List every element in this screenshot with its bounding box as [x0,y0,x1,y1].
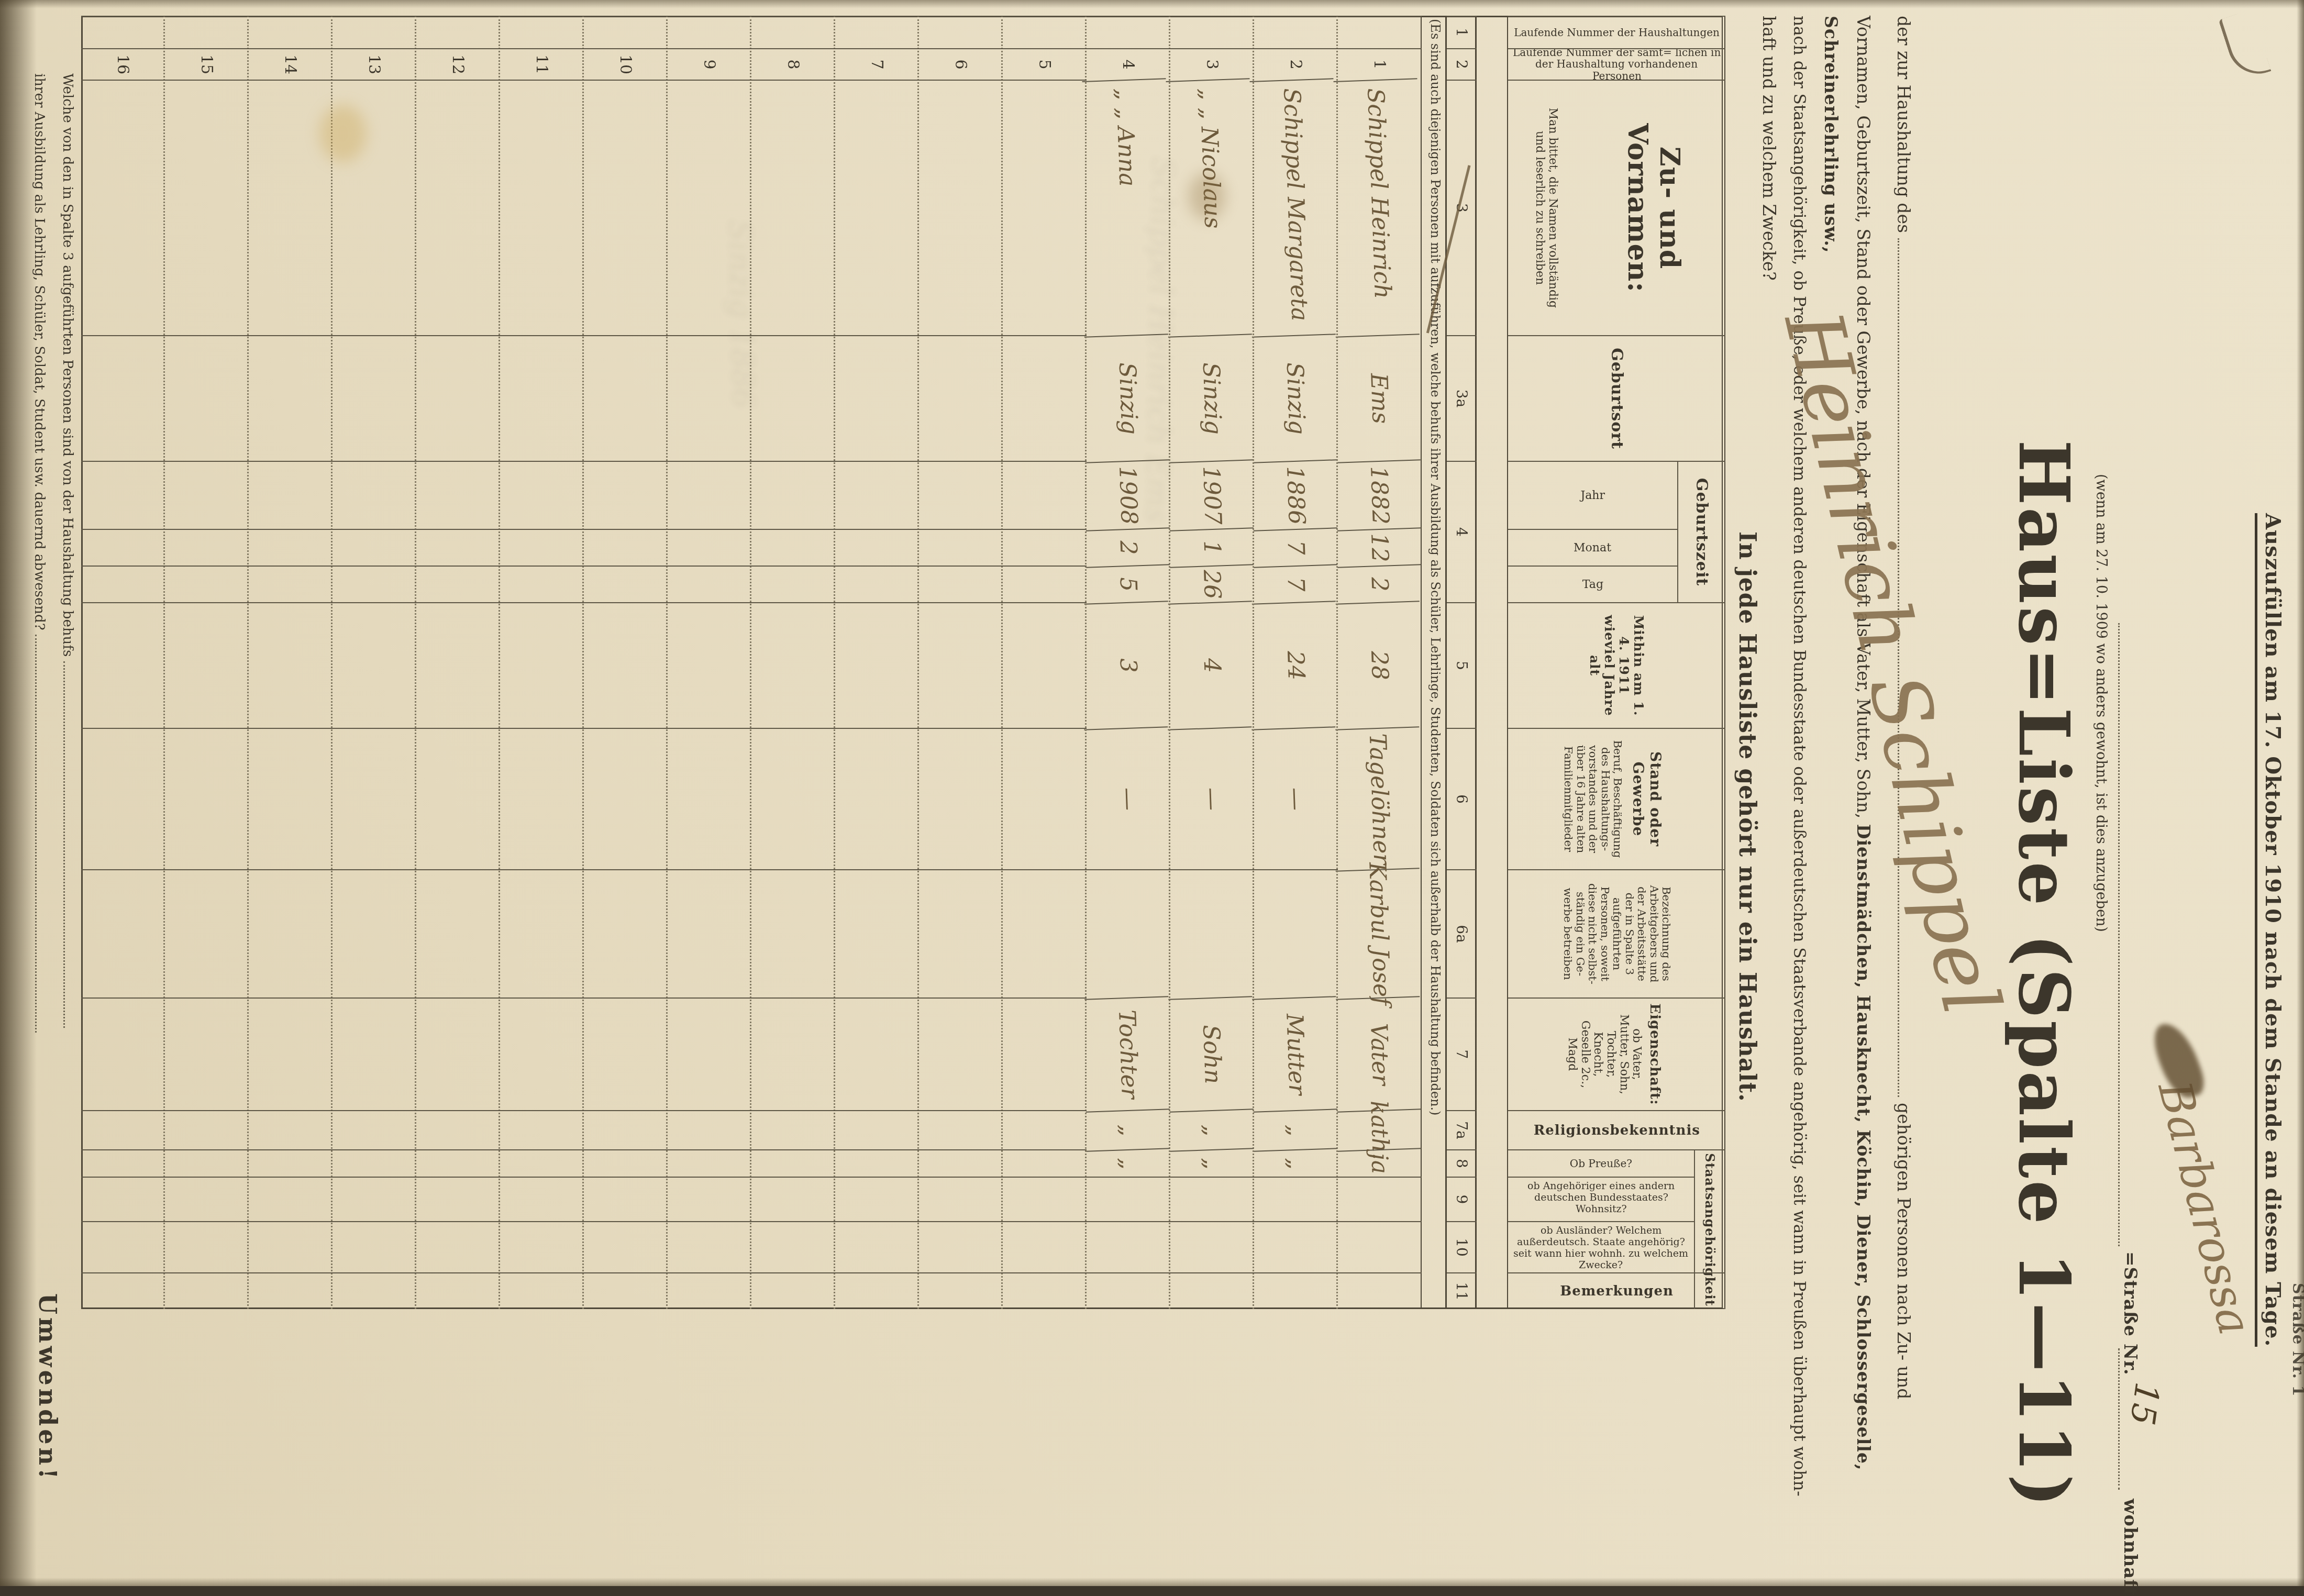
cell-r12-c2[interactable]: 12 [416,48,500,80]
cell-r12-jahr[interactable] [416,461,500,529]
footer-note1-text: Welche von den in Spalte 3 aufgeführten … [60,73,75,657]
cell-r4-c9[interactable] [1087,1177,1170,1221]
footer-note-line-2: ihrer Ausbildung als Lehrling, Schüler, … [31,73,47,1033]
column-header-tag: Tag [1508,566,1677,602]
cell-r1-c7a[interactable]: kath. [1337,1109,1423,1151]
cell-r16-c3[interactable] [81,80,165,335]
cell-r5-c10[interactable] [1003,1221,1087,1272]
cell-r15-c6a[interactable] [165,869,249,997]
column-header-c1: Laufende Nummer der Haushaltungen [1508,16,1725,48]
paper-stain-2 [1189,173,1225,220]
cell-r13-monat[interactable] [333,529,416,566]
cell-r15-c3[interactable] [165,80,249,335]
cell-r4-c7a[interactable]: „ [1086,1109,1171,1151]
cell-r14-jahr[interactable] [249,461,333,529]
cell-r14-c5[interactable] [249,602,333,728]
cell-r2-c2[interactable]: 2 [1254,48,1338,80]
column-header-text-c1: Laufende Nummer der Haushaltungen [1514,27,1720,38]
cell-r8-c3[interactable] [751,80,835,335]
cell-r15-c11[interactable] [165,1272,249,1309]
cell-r16-c6a[interactable] [81,869,165,997]
cell-r11-c9[interactable] [500,1177,584,1221]
cell-r7-c6[interactable] [835,728,919,869]
cell-r8-c11[interactable] [751,1272,835,1309]
cell-r14-monat[interactable] [249,529,333,566]
cell-r5-c6a[interactable] [1003,869,1087,997]
cell-r5-monat[interactable] [1003,529,1087,566]
cell-r14-c9[interactable] [249,1177,333,1221]
cell-r2-c3[interactable]: Schippel Margareta [1250,78,1343,336]
cell-r2-c1[interactable] [1254,16,1338,48]
column-number-11: 11 [1447,1272,1477,1309]
cell-r11-c2[interactable]: 11 [500,48,584,80]
column-header-text-tag: Tag [1582,578,1603,591]
cell-r13-c3a[interactable] [333,335,416,461]
cell-r12-c3a[interactable] [416,335,500,461]
cell-r10-c2[interactable]: 10 [584,48,668,80]
cell-r13-tag[interactable] [333,566,416,602]
paper-stain-1 [319,105,367,162]
cell-r16-c2[interactable]: 16 [81,48,165,80]
cell-r4-tag[interactable]: 5 [1086,564,1171,604]
cell-r3-c1[interactable] [1170,16,1254,48]
cell-r6-c10[interactable] [919,1221,1003,1272]
column-header-c3a: Geburtsort [1508,335,1725,461]
cell-r12-c6a[interactable] [416,869,500,997]
cell-r8-c2[interactable]: 8 [751,48,835,80]
cell-r2-c8[interactable]: „ [1254,1148,1338,1178]
cell-r11-c6a[interactable] [500,869,584,997]
cell-r10-c3[interactable] [584,80,668,335]
cell-r8-c1[interactable] [751,16,835,48]
cell-r10-c11[interactable] [584,1272,668,1309]
cell-r10-c6[interactable] [584,728,668,869]
cell-r15-c10[interactable] [165,1221,249,1272]
cell-r6-c7[interactable] [919,997,1003,1110]
cell-r4-c2[interactable]: 4 [1087,48,1170,80]
eigenschaft-main: Eigenschaft: [1647,1003,1663,1105]
umwenden-label: Umwenden! [34,1293,62,1482]
cell-r16-c7[interactable] [81,997,165,1110]
cell-r2-c11[interactable] [1254,1272,1338,1309]
cell-r12-c7[interactable] [416,997,500,1110]
cell-r10-tag[interactable] [584,566,668,602]
cell-r10-monat[interactable] [584,529,668,566]
cell-r15-c7a[interactable] [165,1110,249,1149]
cell-r13-jahr[interactable] [333,461,416,529]
cell-r5-c8[interactable] [1003,1149,1087,1177]
cell-r5-c7[interactable] [1003,997,1087,1110]
cell-r8-c6[interactable] [751,728,835,869]
cell-r7-c10[interactable] [835,1221,919,1272]
cell-r9-c9[interactable] [668,1177,751,1221]
cell-r14-c6a[interactable] [249,869,333,997]
cell-r11-c3a[interactable] [500,335,584,461]
cell-r6-c7a[interactable] [919,1110,1003,1149]
cell-r11-c3[interactable] [500,80,584,335]
cell-r4-c5[interactable]: 3 [1084,601,1172,729]
cell-r13-c2[interactable]: 13 [333,48,416,80]
bleedthrough-ghost-1: Schippel Heinrich Ems [1138,157,1181,524]
cell-r13-c6[interactable] [333,728,416,869]
cell-r4-c11[interactable] [1087,1272,1170,1309]
cell-r16-c3a[interactable] [81,335,165,461]
column-header-c8: Ob Preuße? [1508,1149,1694,1177]
cell-r11-c5[interactable] [500,602,584,728]
footer-blank-2[interactable] [35,635,47,1033]
cell-r3-c7a[interactable]: „ [1170,1109,1255,1151]
cell-r7-c7[interactable] [835,997,919,1110]
cell-r14-c6[interactable] [249,728,333,869]
cell-r12-c6[interactable] [416,728,500,869]
cell-r5-c6[interactable] [1003,728,1087,869]
cell-r12-c3[interactable] [416,80,500,335]
cell-r16-c6[interactable] [81,728,165,869]
cell-r2-c7[interactable]: Mutter [1252,996,1339,1111]
column-header-text-c10: ob Ausländer? Welchem außerdeutsch. Staa… [1510,1225,1692,1269]
cell-r13-c9[interactable] [333,1177,416,1221]
cell-r10-c9[interactable] [584,1177,668,1221]
cell-r9-c10[interactable] [668,1221,751,1272]
cell-r15-c3a[interactable] [165,335,249,461]
cell-r5-c7a[interactable] [1003,1110,1087,1149]
cell-r6-c2[interactable]: 6 [919,48,1003,80]
cell-r9-monat[interactable] [668,529,751,566]
cell-r9-c8[interactable] [668,1149,751,1177]
cell-r14-c3[interactable] [249,80,333,335]
cell-r8-c8[interactable] [751,1149,835,1177]
cell-r2-tag[interactable]: 7 [1254,564,1338,604]
cell-r14-c7[interactable] [249,997,333,1110]
cell-r15-jahr[interactable] [165,461,249,529]
cell-r2-c5[interactable]: 24 [1252,601,1340,729]
cell-r10-c5[interactable] [584,602,668,728]
cell-r1-c11[interactable] [1338,1272,1422,1309]
cell-r9-c6a[interactable] [668,869,751,997]
cell-r16-c9[interactable] [81,1177,165,1221]
cell-r9-c11[interactable] [668,1272,751,1309]
scanned-census-form-page: Straße Nr. 1 Auszufüllen am 17. Oktober … [0,0,2304,1586]
cell-r7-c1[interactable] [835,16,919,48]
cell-r2-c7a[interactable]: „ [1254,1109,1339,1151]
cell-r7-c8[interactable] [835,1149,919,1177]
cell-r6-c3a[interactable] [919,335,1003,461]
cell-r12-c5[interactable] [416,602,500,728]
zu-und-vornamen-line2: Vornamen: [1622,123,1654,292]
cell-r15-monat[interactable] [165,529,249,566]
cell-r15-c2[interactable]: 15 [165,48,249,80]
cell-r12-monat[interactable] [416,529,500,566]
column-number-7: 7 [1447,997,1477,1110]
cell-r3-c9[interactable] [1170,1177,1254,1221]
cell-r11-c7a[interactable] [500,1110,584,1149]
mithin-text: Mithin am 1. 4. 1911 wieviel Jahre alt [1588,603,1646,728]
cell-r7-c5[interactable] [835,602,919,728]
cell-r11-c6[interactable] [500,728,584,869]
cell-r3-c3a[interactable]: Sinzig [1168,334,1256,462]
footer-note-line-1: Welche von den in Spalte 3 aufgeführten … [60,73,75,1028]
cell-r3-tag[interactable]: 26 [1170,564,1255,604]
cell-r4-c7[interactable]: Tochter [1084,996,1172,1111]
cell-r1-c1[interactable] [1338,16,1422,48]
cell-r16-c11[interactable] [81,1272,165,1309]
cell-r15-c7[interactable] [165,997,249,1110]
cell-r5-c3[interactable] [1003,80,1087,335]
cell-r1-jahr[interactable]: 1882 [1337,459,1423,530]
cell-r14-c2[interactable]: 14 [249,48,333,80]
cell-r6-jahr[interactable] [919,461,1003,529]
cell-r4-c8[interactable]: „ [1086,1148,1171,1178]
cell-r8-c10[interactable] [751,1221,835,1272]
cell-r15-c9[interactable] [165,1177,249,1221]
cell-r6-c8[interactable] [919,1149,1003,1177]
cell-r5-c2[interactable]: 5 [1003,48,1087,80]
cell-r10-c10[interactable] [584,1221,668,1272]
cell-r8-tag[interactable] [751,566,835,602]
cell-r6-c3[interactable] [919,80,1003,335]
column-header-text-c9: ob Angehöriger eines andern deutschen Bu… [1510,1181,1692,1218]
cell-r15-c8[interactable] [165,1149,249,1177]
column-number-7a: 7a [1447,1110,1477,1149]
cell-r7-c3a[interactable] [835,335,919,461]
cell-r12-tag[interactable] [416,566,500,602]
cell-r9-c7a[interactable] [668,1110,751,1149]
column-header-text-c11: Bemerkungen [1560,1283,1674,1299]
cell-r16-c7a[interactable] [81,1110,165,1149]
cell-r10-c3a[interactable] [584,335,668,461]
column-header-jahr: Jahr [1508,461,1677,529]
cell-r11-c11[interactable] [500,1272,584,1309]
cell-r4-c10[interactable] [1087,1221,1170,1272]
cell-r13-c6a[interactable] [333,869,416,997]
cell-r16-c1[interactable] [81,16,165,48]
cell-r2-c3a[interactable]: Sinzig [1252,334,1340,462]
cell-r4-c6[interactable]: — [1084,726,1172,870]
cell-r1-c6a[interactable]: Karbul Josef [1336,868,1424,999]
cell-r16-c8[interactable] [81,1149,165,1177]
cell-r3-c5[interactable]: 4 [1168,601,1256,729]
cell-r11-c10[interactable] [500,1221,584,1272]
cell-r7-c2[interactable]: 7 [835,48,919,80]
cell-r12-c10[interactable] [416,1221,500,1272]
cell-r16-c10[interactable] [81,1221,165,1272]
cell-r2-c6a[interactable] [1254,869,1338,997]
cell-r3-monat[interactable]: 1 [1170,527,1255,567]
column-number-2: 2 [1447,48,1477,80]
cell-r5-tag[interactable] [1003,566,1087,602]
column-header-c7: Eigenschaft:ob Vater, Mutter, Sohn, Toch… [1508,997,1725,1110]
column-header-c3: Zu- undVornamen:Man bittet, die Namen vo… [1508,80,1725,335]
cell-r8-monat[interactable] [751,529,835,566]
cell-r8-c9[interactable] [751,1177,835,1221]
cell-r13-c11[interactable] [333,1272,416,1309]
cell-r2-monat[interactable]: 7 [1254,527,1338,567]
cell-r11-c7[interactable] [500,997,584,1110]
cell-r9-c6[interactable] [668,728,751,869]
cell-r12-c9[interactable] [416,1177,500,1221]
cell-r8-c7[interactable] [751,997,835,1110]
column-number-10: 10 [1447,1221,1477,1272]
cell-r10-c7[interactable] [584,997,668,1110]
cell-r1-c10[interactable] [1338,1221,1422,1272]
column-number-6a: 6a [1447,869,1477,997]
geburtszeit-group-header: Geburtszeit [1677,461,1725,602]
cell-r9-c5[interactable] [668,602,751,728]
column-header-text-c7a: Religionsbekenntnis [1533,1123,1700,1138]
cell-r3-c2[interactable]: 3 [1170,48,1254,80]
footer-blank-1[interactable] [63,661,75,1028]
cell-r3-jahr[interactable]: 1907 [1169,459,1255,530]
cell-r2-jahr[interactable]: 1886 [1253,459,1339,530]
cell-r6-c6[interactable] [919,728,1003,869]
cell-r4-c1[interactable] [1087,16,1170,48]
cell-r4-monat[interactable]: 2 [1086,527,1171,567]
cell-r16-jahr[interactable] [81,461,165,529]
cell-r16-monat[interactable] [81,529,165,566]
cell-r8-c7a[interactable] [751,1110,835,1149]
cell-r7-c11[interactable] [835,1272,919,1309]
cell-r1-c8[interactable]: ja [1337,1148,1422,1178]
column-header-text-c2: Laufende Nummer der sämt= lichen in der … [1511,48,1723,80]
column-header-monat: Monat [1508,529,1677,566]
geburtsort-text: Geburtsort [1608,348,1626,449]
cell-r5-c9[interactable] [1003,1177,1087,1221]
cell-r13-c5[interactable] [333,602,416,728]
cell-r7-c3[interactable] [835,80,919,335]
cell-r14-tag[interactable] [249,566,333,602]
column-header-c10: ob Ausländer? Welchem außerdeutsch. Staa… [1508,1221,1694,1272]
cell-r3-c7[interactable]: Sohn [1168,996,1256,1111]
cell-r14-c8[interactable] [249,1149,333,1177]
cell-r4-c6a[interactable] [1087,869,1170,997]
column-header-text-monat: Monat [1574,541,1612,555]
cell-r5-c11[interactable] [1003,1272,1087,1309]
cell-r6-tag[interactable] [919,566,1003,602]
stand-gewerbe-main: Stand oder Gewerbe [1630,729,1664,869]
column-number-4: 4 [1447,461,1477,602]
cell-r15-c1[interactable] [165,16,249,48]
cell-r5-c5[interactable] [1003,602,1087,728]
cell-r15-c6[interactable] [165,728,249,869]
cell-r1-c7[interactable]: Vater [1336,996,1423,1111]
cell-r1-c6[interactable]: Tagelöhner [1335,726,1424,870]
cell-r6-c6a[interactable] [919,869,1003,997]
cell-r15-tag[interactable] [165,566,249,602]
cell-r14-c3a[interactable] [249,335,333,461]
eigenschaft-sub: ob Vater, Mutter, Sohn, Tochter, Knecht,… [1566,999,1643,1110]
cell-r11-c8[interactable] [500,1149,584,1177]
cell-r1-c9[interactable] [1338,1177,1422,1221]
arbeitgeber-text: Bezeichnung des Arbeitgebers und der Arb… [1561,870,1672,997]
cell-r7-monat[interactable] [835,529,919,566]
cell-r1-monat[interactable]: 12 [1337,527,1422,567]
cell-r7-tag[interactable] [835,566,919,602]
column-header-text-c8: Ob Preuße? [1570,1158,1632,1169]
zu-und-vornamen-line1: Zu- und [1654,147,1686,269]
cell-r3-c11[interactable] [1170,1272,1254,1309]
cell-r3-c10[interactable] [1170,1221,1254,1272]
cell-r8-c5[interactable] [751,602,835,728]
cell-r12-c8[interactable] [416,1149,500,1177]
cell-r7-c7a[interactable] [835,1110,919,1149]
cell-r6-monat[interactable] [919,529,1003,566]
cell-r13-c1[interactable] [333,16,416,48]
column-header-c7a: Religionsbekenntnis [1508,1110,1725,1149]
cell-r2-c9[interactable] [1254,1177,1338,1221]
column-header-c5: Mithin am 1. 4. 1911 wieviel Jahre alt [1508,602,1725,728]
cell-r14-c1[interactable] [249,16,333,48]
column-header-c9: ob Angehöriger eines andern deutschen Bu… [1508,1177,1694,1221]
name-request-note: Man bittet, die Namen vollständig und le… [1533,81,1559,335]
column-number-5: 5 [1447,602,1477,728]
cell-r3-c6a[interactable] [1170,869,1254,997]
cell-r10-jahr[interactable] [584,461,668,529]
cell-r8-c6a[interactable] [751,869,835,997]
cell-r11-c1[interactable] [500,16,584,48]
cell-r1-c5[interactable]: 28 [1336,601,1424,729]
cell-r13-c8[interactable] [333,1149,416,1177]
column-number-3a: 3a [1447,335,1477,461]
cell-r12-c7a[interactable] [416,1110,500,1149]
cell-r13-c10[interactable] [333,1221,416,1272]
cell-r1-c3a[interactable]: Ems [1336,334,1424,462]
cell-r2-c10[interactable] [1254,1221,1338,1272]
cell-r9-jahr[interactable] [668,461,751,529]
cell-r14-c7a[interactable] [249,1110,333,1149]
cell-r6-c5[interactable] [919,602,1003,728]
cell-r9-c1[interactable] [668,16,751,48]
column-header-text-jahr: Jahr [1580,489,1605,502]
cell-r6-c9[interactable] [919,1177,1003,1221]
cell-r8-jahr[interactable] [751,461,835,529]
cell-r10-c6a[interactable] [584,869,668,997]
cell-r6-c1[interactable] [919,16,1003,48]
cell-r10-c1[interactable] [584,16,668,48]
cell-r10-c7a[interactable] [584,1110,668,1149]
cell-r11-monat[interactable] [500,529,584,566]
cell-r15-c5[interactable] [165,602,249,728]
cell-r9-tag[interactable] [668,566,751,602]
cell-r3-c8[interactable]: „ [1170,1148,1255,1178]
cell-r10-c8[interactable] [584,1149,668,1177]
cell-r16-c5[interactable] [81,602,165,728]
cell-r8-c3a[interactable] [751,335,835,461]
cell-r13-c7[interactable] [333,997,416,1110]
cell-r7-c9[interactable] [835,1177,919,1221]
cell-r14-c11[interactable] [249,1272,333,1309]
cell-r11-jahr[interactable] [500,461,584,529]
column-number-6: 6 [1447,728,1477,869]
cell-r5-jahr[interactable] [1003,461,1087,529]
cell-r16-tag[interactable] [81,566,165,602]
cell-r9-c2[interactable]: 9 [668,48,751,80]
cell-r7-jahr[interactable] [835,461,919,529]
cell-r13-c7a[interactable] [333,1110,416,1149]
cell-r9-c7[interactable] [668,997,751,1110]
cell-r7-c6a[interactable] [835,869,919,997]
cell-r3-c6[interactable]: — [1168,726,1256,870]
cell-r1-c2[interactable]: 1 [1338,48,1422,80]
cell-r11-tag[interactable] [500,566,584,602]
cell-r5-c1[interactable] [1003,16,1087,48]
cell-r12-c1[interactable] [416,16,500,48]
cell-r12-c11[interactable] [416,1272,500,1309]
cell-r6-c11[interactable] [919,1272,1003,1309]
cell-r2-c6[interactable]: — [1251,726,1340,870]
cell-r1-tag[interactable]: 2 [1337,564,1422,604]
cell-r5-c3a[interactable] [1003,335,1087,461]
cell-r14-c10[interactable] [249,1221,333,1272]
